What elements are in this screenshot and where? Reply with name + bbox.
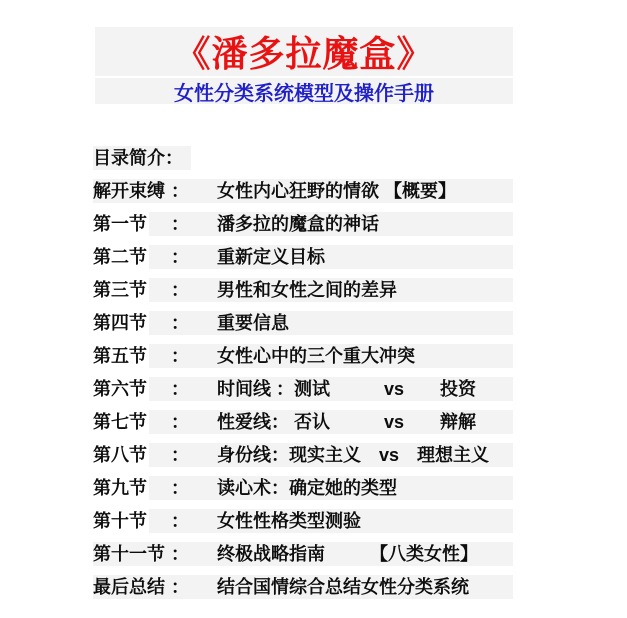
- toc-row-colon: ：: [165, 212, 195, 236]
- toc-row: 第六节 ： 时间线 ：测试 vs 投资: [93, 377, 513, 401]
- toc-row: 第八节 ： 身份线：现实主义 vs 理想主义: [93, 443, 513, 467]
- toc-row-content: 性爱线： 否认 vs 辩解: [195, 410, 476, 434]
- toc-row-content: 女性性格类型测验: [195, 509, 361, 533]
- toc-row-colon: ：: [165, 311, 195, 335]
- toc-row-label: 最后总结: [93, 575, 165, 599]
- toc-row-colon: ：: [165, 443, 195, 467]
- toc-row-content: 女性心中的三个重大冲突: [195, 344, 415, 368]
- toc-row-content: 结合国情综合总结女性分类系统: [195, 575, 469, 599]
- title-banner: 《潘多拉魔盒》: [95, 27, 513, 76]
- toc-heading: 目录简介：: [93, 146, 191, 170]
- toc-row-label: 解开束缚: [93, 179, 165, 203]
- toc-row-content: 身份线：现实主义 vs 理想主义: [195, 443, 489, 467]
- toc-row: 第七节 ： 性爱线： 否认 vs 辩解: [93, 410, 513, 434]
- toc-row: 解开束缚 ： 女性内心狂野的情欲 【概要】: [93, 179, 513, 203]
- toc-row-label: 第五节: [93, 344, 165, 368]
- toc-row-label: 第八节: [93, 443, 165, 467]
- toc-row-content: 男性和女性之间的差异: [195, 278, 397, 302]
- document-title: 《潘多拉魔盒》: [174, 26, 433, 77]
- toc-row-content: 女性内心狂野的情欲 【概要】: [195, 179, 456, 203]
- toc-row-content: 潘多拉的魔盒的神话: [195, 212, 379, 236]
- toc-row: 第五节 ： 女性心中的三个重大冲突: [93, 344, 513, 368]
- toc-row-label: 第十节: [93, 509, 165, 533]
- toc-row-colon: ：: [165, 179, 195, 203]
- table-of-contents: 目录简介： 解开束缚 ： 女性内心狂野的情欲 【概要】 第一节 ： 潘多拉的魔盒…: [93, 146, 513, 608]
- toc-row: 第四节 ： 重要信息: [93, 311, 513, 335]
- toc-row-colon: ：: [165, 344, 195, 368]
- toc-row-colon: ：: [165, 575, 195, 599]
- toc-row-label: 第六节: [93, 377, 165, 401]
- toc-row-colon: ：: [165, 245, 195, 269]
- toc-rows-container: 解开束缚 ： 女性内心狂野的情欲 【概要】 第一节 ： 潘多拉的魔盒的神话 第二…: [93, 179, 513, 599]
- toc-row-label: 第九节: [93, 476, 165, 500]
- toc-row-label: 第二节: [93, 245, 165, 269]
- toc-row: 第十节 ： 女性性格类型测验: [93, 509, 513, 533]
- toc-row-colon: ：: [165, 509, 195, 533]
- toc-row-label: 第四节: [93, 311, 165, 335]
- subtitle-banner: 女性分类系统模型及操作手册: [95, 78, 513, 104]
- toc-row-content: 时间线 ：测试 vs 投资: [195, 377, 476, 401]
- toc-row-colon: ：: [165, 410, 195, 434]
- toc-row-content: 重新定义目标: [195, 245, 325, 269]
- document-subtitle: 女性分类系统模型及操作手册: [174, 77, 434, 106]
- toc-row-colon: ：: [165, 377, 195, 401]
- toc-row: 第三节 ： 男性和女性之间的差异: [93, 278, 513, 302]
- toc-heading-row: 目录简介：: [93, 146, 513, 170]
- toc-row: 第二节 ： 重新定义目标: [93, 245, 513, 269]
- toc-row-label: 第三节: [93, 278, 165, 302]
- toc-row-content: 读心术：确定她的类型: [195, 476, 397, 500]
- toc-row-label: 第七节: [93, 410, 165, 434]
- toc-row-label: 第十一节: [93, 542, 165, 566]
- toc-row-content: 重要信息: [195, 311, 289, 335]
- toc-row: 第一节 ： 潘多拉的魔盒的神话: [93, 212, 513, 236]
- toc-row: 第九节 ： 读心术：确定她的类型: [93, 476, 513, 500]
- toc-row-colon: ：: [165, 278, 195, 302]
- toc-row-label: 第一节: [93, 212, 165, 236]
- document-page: 《潘多拉魔盒》 女性分类系统模型及操作手册 目录简介： 解开束缚 ： 女性内心狂…: [0, 0, 627, 618]
- toc-row-colon: ：: [165, 476, 195, 500]
- toc-row: 最后总结 ： 结合国情综合总结女性分类系统: [93, 575, 513, 599]
- toc-row-colon: ：: [165, 542, 195, 566]
- toc-row: 第十一节 ： 终极战略指南 【八类女性】: [93, 542, 513, 566]
- toc-row-content: 终极战略指南 【八类女性】: [195, 542, 478, 566]
